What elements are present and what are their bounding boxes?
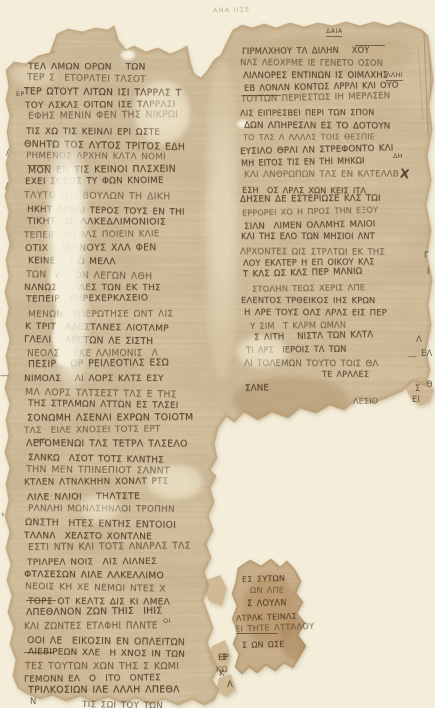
interlinear-note: ΔΗ [393, 152, 403, 160]
manuscript-line: ΡΛΝΛΗΙ ΜΩΝΛΣΗΝΛΟΙ ΤΡΟΠΗΝ [28, 504, 175, 514]
manuscript-line: ΕΣ ΣΥΤΩΝ [242, 574, 285, 583]
manuscript-line: ΤΗΣ ΣΤΡΛΜΩΝ ΛΤΤΩΝ ΕΣ ΤΛΣΕΙ [28, 399, 179, 410]
manuscript-line: Λ [226, 680, 232, 689]
manuscript-line: ΣΙΛΝ ΛΙΜΕΝ ΟΛΛΜΗΣ ΜΛΙΟΙ [244, 220, 376, 231]
manuscript-line: ΚΤΛΕΝ ΛΤΝΛΚΗΗΝ ΧΟΝΛΤ ΡΤΣ [24, 477, 168, 487]
manuscript-line: ΕΣΗ ΟΣ ΛΡΛΣ ΧΩΝ ΚΕΙΣ ΙΤΛ [242, 186, 366, 195]
manuscript-line: ΣΛΝΕ [245, 385, 269, 394]
manuscript-line: ΩΝ ΛΠΕ [250, 586, 284, 595]
manuscript-line: ΤΟ ΤΛΣ Λ ΛΛΛΛΣ ΤΟΙΣ ΘΕΣΠΙΕ [243, 133, 375, 142]
margin-mark: / [5, 182, 8, 192]
ink-rule [236, 633, 278, 634]
manuscript-line: ΝΛΣ ΛΕΟΧΡΜΕ ΙΕ ΓΕΝΕΤΟ ΟΣΟΝ [240, 59, 383, 68]
loose-letter: ΕΛ [421, 348, 432, 358]
manuscript-line: Η ΛΡΕ ΤΟΥΣ ΟΛΣ ΛΡΛΣ ΕΙΣ ΠΕΡ [244, 309, 387, 318]
margin-mark: — [408, 352, 417, 362]
manuscript-line: ΤΕΡ ΩΤΟΥΤ ΛΙΤΩΝ ΙΣΙ ΤΛΡΡΛΣ Τ [24, 87, 181, 98]
manuscript-line: ΩΝΣΤΗ ΗΤΕΣ ΕΝΤΗΣ ΕΝΤΟΙΟΙ [25, 518, 176, 530]
ink-rule [24, 652, 54, 653]
manuscript-line: ΤΡΙΛΚΟΣΙΩΝ ΙΛΕ ΛΛΛΗ ΛΠΕΘΛ [28, 686, 180, 696]
manuscript-line: ΜΟΝ ΕΝ ΤΙΣ ΚΕΙΝΟΙ ΠΛΣΧΕΙΝ [28, 165, 176, 176]
loose-letter: Ν [30, 696, 36, 706]
manuscript-line: Σ ΛΟΥΛΝ [247, 600, 287, 609]
loose-letter: Κ [219, 668, 225, 678]
manuscript-line: ΤΟΥ ΛΣΚΛΣ ΟΙΤΩΝ ΙΣΕ ΤΛΡΡΛΣΙ [25, 100, 176, 110]
manuscript-line: ΝΛΝΩΣ ΚΛΛΕΣ ΤΩΝ ΕΚ ΤΗΣ [24, 283, 161, 292]
manuscript-line: ΡΗΜΕΝΟΣ ΛΡΧΗΝ ΚΛΤΛ ΝΟΜΙ [26, 151, 166, 161]
loose-letter: Γ [424, 250, 429, 260]
manuscript-line: ΛΤΡΛΚ ΤΕΙΝΛΣ [236, 612, 297, 622]
ink-rule [27, 165, 51, 166]
manuscript-line: ΓΙΡΜΛΧΗΟΥ ΤΛ ΔΙΛΗΝ ΧΟΥ [242, 47, 370, 57]
manuscript-text-layer: ΑΝΑ ΙΙΣΕ ΤΕΛ ΛΜΩΝ ΟΡΩΝ ΤΩΝΤΕΡ Σ ΕΤΟΡΛΤΕΙ… [0, 0, 435, 708]
manuscript-line: ΕΦΗΣ ΜΕΝΙΝ ΦΕΝ ΤΗΣ ΝΙΚΡΩΙ [28, 111, 178, 122]
manuscript-line: ΤΕΡ Σ ΕΤΟΡΛΤΕΙ ΤΛΣΟΤ [27, 73, 146, 85]
manuscript-line: ΚΛΙ ΖΩΝΤΕΣ ΕΤΛΦΗΙ ΠΛΝΤΕ [24, 621, 158, 631]
manuscript-line: Κ ΤΡΙΤ ΛΛΕΣΤΛΝΕΣ ΛΙΟΤΛΜΡ [25, 322, 169, 333]
manuscript-line: ΚΕΙΝΕ ΣΙΩ ΜΕΛΛ [28, 256, 116, 266]
manuscript-line: ΕΥΣΙΛΟ ΘΡΛΙ ΛΝ ΣΤΡΕΦΟΝΤΟ ΚΛΙ [240, 144, 394, 157]
manuscript-line: ΝΕΟΙΣ ΚΗ ΧΕ ΝΕΜΩΙ ΝΤΕΣ Χ [25, 583, 166, 595]
manuscript-line: ΛΕΓΟΜΕΝΩΙ ΤΛΣ ΤΕΤΡΛ ΤΛΣΕΛΟ [26, 439, 188, 449]
manuscript-line: ΚΛΙ ΛΝΘΡΩΠΩΝ ΤΛΣ ΕΝ ΚΛΤΕΛΛΒ [244, 171, 399, 181]
manuscript-line: ΤΙΣ ΧΩ ΤΙΣ ΚΕΙΝΛΙ ΕΡΙ ΩΣΤΕ [26, 127, 160, 137]
manuscript-line: ΛΙ ΤΟΛΕΜΩΝ ΤΟΥΤΟ ΤΟΙΣ ΘΛ [244, 360, 378, 369]
manuscript-line: Σ ΩΝ ΩΣΕ [242, 640, 285, 649]
manuscript-line: ΤΕ ΛΡΛΛΕΣ [322, 371, 369, 379]
manuscript-line: Σ ΛΙΤΗ ΝΙΣΤΛ ΤΩΝ ΚΛΤΛ [254, 330, 373, 342]
interlinear-note: ΚΩ [37, 437, 47, 445]
manuscript-line: ΛΠΕΘΛΝΟΝ ΖΩΝ ΤΗΙΣ ΙΗΙΣ [26, 607, 162, 618]
manuscript-line: ΤΕΛ ΛΜΩΝ ΟΡΩΝ ΤΩΝ [28, 62, 146, 72]
manuscript-line: ΛΙΣ ΕΙΠΡΕΣΒΕΙ ΠΕΡΙ ΤΩΝ ΣΠΟΝ [240, 109, 374, 118]
manuscript-line: ΛΡΧΟΝΤΕΣ ΩΙΣ ΣΤΡΛΤΩΙ ΕΚ ΤΗΣ [240, 248, 385, 258]
manuscript-line: ΟΤΙΧ ΙΛΗΝΟΥΣ ΧΛΛ ΦΕΝ [25, 244, 157, 254]
manuscript-line: ΤΕΣ ΤΟΥΤΩΝ ΧΩΝ ΤΗΣ Σ ΚΩΜΙ [25, 662, 179, 672]
manuscript-line: ΤΡΙΛΡΕΛ ΝΟΙΣ ΛΙΣ ΛΙΛΝΕΣ [27, 557, 157, 567]
manuscript-line: ΝΙΜΟΛΣ ΛΙ ΛΟΡΣ ΚΛΤΣ ΕΣΥ [24, 375, 164, 384]
ink-rule [243, 95, 281, 96]
manuscript-line: ΤΕΠΕΙΡ ΗΣΘΛΣ ΠΟΙΕΙΝ ΚΛΙΕ [24, 229, 160, 239]
manuscript-line: ΠΕΣΙΡ ΟΡ ΡΕΙΛΕΟΤΙΛΣ ΕΣΩ [28, 358, 169, 369]
manuscript-line: ΓΕΜΟΝΝ ΕΛ Ο ΙΤΟ ΟΝΤΕΣ [24, 673, 161, 683]
manuscript-line: ΛΕΣΙΟ [353, 396, 378, 405]
manuscript-line: ΤΙΚΗΤ ΩΙ ΛΛΚΕΔΛΙΜΟΝΙΟΙΣ [27, 217, 166, 227]
loose-letter: Θ [426, 379, 433, 389]
manuscript-line: ΕΣΤΙ ΝΤΝ ΚΛΙ ΤΟΤΣ ΛΝΛΡΛΣ ΤΛΣ [28, 541, 191, 552]
manuscript-line: ΕΧΕΙ ΣΟΕΟΣ ΤΥ ΦΩΝ ΚΝΟΙΜΕ [25, 177, 164, 187]
interlinear-note: ΛΛΗΙ [386, 71, 403, 81]
margin-mark: › [1, 510, 5, 520]
manuscript-line: ΤΗΝ ΜΕΝ ΤΠΙΝΕΠΙΟΤ ΣΛΝΝΤ [26, 465, 170, 476]
manuscript-line: ΛΙΛΕ ΝΛΙΟΙ ΤΗΛΤΣΤΕ [27, 492, 140, 502]
interlinear-note: ΔΑΙΑ [326, 27, 342, 37]
manuscript-line: ΤΩΝ ΛΣΤΩΝ ΛΕΓΩΝ ΛΘΗ [26, 270, 152, 282]
loose-letter: Ε [222, 652, 228, 662]
loose-letter: Ι [427, 266, 430, 276]
manuscript-line: ΤΙΣ ΣΩΙ ΤΟΥ ΤΩΝ [82, 702, 163, 708]
manuscript-line: ΔΗΣΕΝ ΔΕ ΕΣΤΕΡΙΩΣΕ ΚΛΣ ΤΩΙ [240, 195, 381, 205]
manuscript-line: ΓΛΕΛΙ ΛΡΕΤΩΝ ΛΕ ΣΙΣΤΗ [24, 335, 153, 346]
interlinear-note: ΕΡ [16, 90, 25, 98]
manuscript-line: ΣΟΝΩΜΗ ΛΣΕΝΛΙ ΕΧΡΩΝ ΤΟΙΟΤΜ [27, 414, 193, 424]
loose-letter: Λ [416, 334, 422, 344]
ink-rule [26, 600, 56, 601]
faded-notation: ΑΝΑ ΙΙΣΕ [213, 6, 251, 15]
loose-letter: Σ [415, 383, 421, 393]
manuscript-line: ΜΗ ΕΙΤΟΣ ΤΙΣ ΕΝ ΤΗΙ ΜΗΚΩΙ [241, 156, 365, 167]
chi-sigla-mark: Χ [399, 166, 410, 181]
manuscript-line: ΦΤΛΣΕΣΩΝ ΛΙΛΕ ΛΛΚΕΛΛΙΜΟ [24, 570, 164, 581]
manuscript-line: ΤΕΠΕΙΡ ΚΗΡΕΧΕΡΚΛΣΕΙΟ [26, 294, 148, 305]
loose-letter: ΕΙ [412, 394, 420, 404]
manuscript-line: ΛΙΛΝΟΡΕΣ ΕΝΤΙΝΩΝ ΙΣ ΟΙΜΛΧΗΣ [243, 72, 388, 81]
manuscript-line: ΕΛΕΝΤΟΣ ΤΡΘΕΙΚΟΣ ΙΗΣ ΚΡΩΝ [241, 297, 375, 306]
margin-mark: — [0, 371, 9, 381]
manuscript-line: ΤΛΣ ΕΙΛΕ ΧΝΟΣΕΙ ΤΟΤΣ ΕΡΤ [24, 425, 161, 435]
manuscript-line: ΜΕΝΩΝ ΕΠΕΡΩΤΗΣΕ ΩΝΤ ΛΙΣ [28, 310, 173, 319]
manuscript-line: ΤΛΥΤΟ ΟΤΙ ΒΟΥΛΩΝ ΤΗ ΔΙΚΗ [24, 191, 171, 202]
papyrus-photograph: ΑΝΑ ΙΙΣΕ ΤΕΛ ΛΜΩΝ ΟΡΩΝ ΤΩΝΤΕΡ Σ ΕΤΟΡΛΤΕΙ… [0, 0, 435, 708]
ink-rule [355, 45, 385, 46]
manuscript-line: ΚΛΙ ΤΗΣ ΕΛΟ ΤΩΝ ΜΗΣΙΟΙ ΛΝΤ [241, 233, 375, 242]
interlinear-note: ΟΙ [163, 617, 171, 625]
manuscript-line: ΛΙΕΒΙΡΕΩΝ ΧΛΕ Η ΧΝΟΣ ΙΝ ΤΩΝ [28, 647, 185, 659]
manuscript-line: ΤΙ ΛΡΣ ΙΕΡΟΙΣ ΤΛ ΤΩΝ [246, 346, 347, 356]
manuscript-line: ΕΡΡΟΡΕΙ ΧΟ Η ΠΡΟΣ ΤΗΝ ΕΞΟΥ [242, 206, 378, 217]
manuscript-line: ΣΤΟΛΗΝ ΤΕΩΣ ΧΕΡΙΣ ΛΠΕ [252, 284, 365, 294]
margin-mark: / [6, 148, 9, 158]
manuscript-line: Τ ΚΛΣ ΩΣ ΚΛΣ ΠΕΡ ΜΛΝΙΩ [243, 268, 362, 280]
